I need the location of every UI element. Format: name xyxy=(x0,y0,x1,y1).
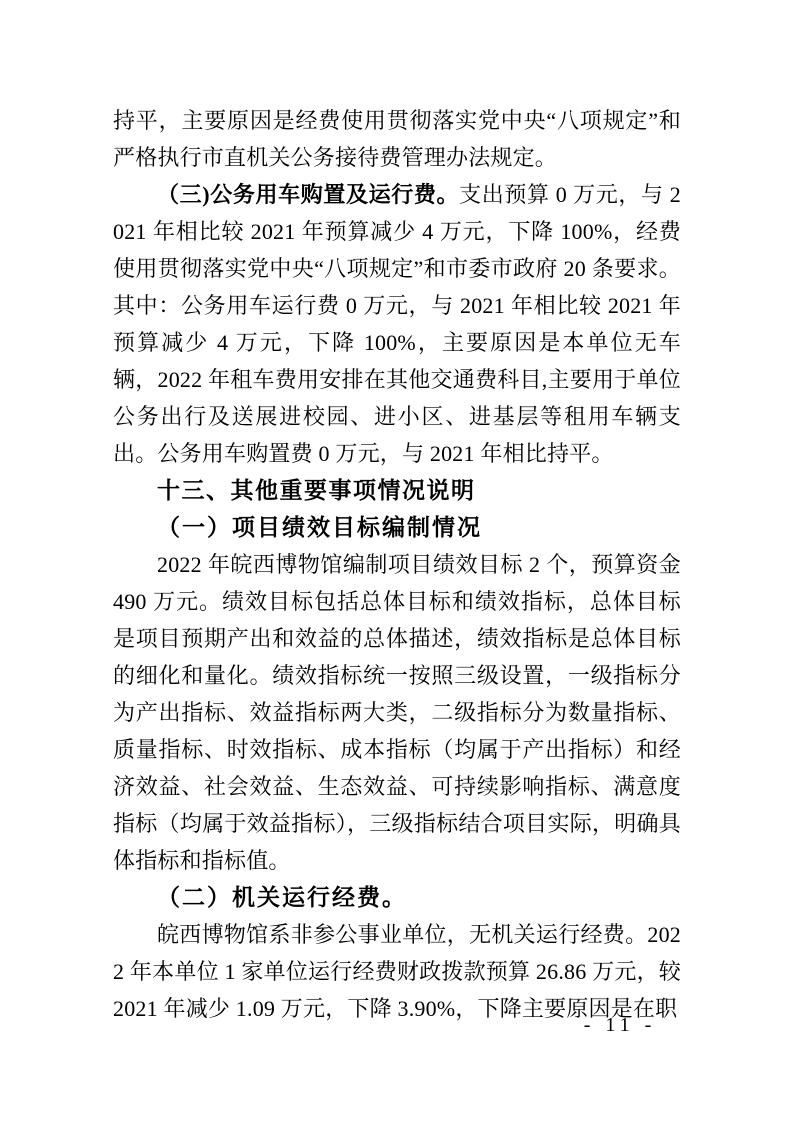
para-official-vehicle: （三)公务用车购置及运行费。支出预算 0 万元，与 2021 年相比较 2021… xyxy=(113,176,681,472)
body-text-segment: 支出预算 0 万元，与 2021 年相比较 2021 年预算减少 4 万元，下降… xyxy=(113,182,681,466)
para-operating-funds: 皖西博物馆系非参公事业单位，无机关运行经费。2022 年本单位 1 家单位运行经… xyxy=(113,916,681,1027)
body-text-segment: 持平，主要原因是经费使用贯彻落实党中央“八项规定”和严格执行市直机关公务接待费管… xyxy=(113,108,681,170)
body-text-segment: 2022 年皖西博物馆编制项目绩效目标 2 个，预算资金 490 万元。绩效目标… xyxy=(113,552,681,873)
para-carryover: 持平，主要原因是经费使用贯彻落实党中央“八项规定”和严格执行市直机关公务接待费管… xyxy=(113,102,681,176)
document-page: 持平，主要原因是经费使用贯彻落实党中央“八项规定”和严格执行市直机关公务接待费管… xyxy=(0,0,793,1122)
page-number: - 11 - xyxy=(540,1014,700,1037)
bold-text-segment: （一）项目绩效目标编制情况 xyxy=(157,515,482,540)
body-text-segment: 皖西博物馆系非参公事业单位，无机关运行经费。2022 年本单位 1 家单位运行经… xyxy=(113,922,681,1021)
para-performance-targets: 2022 年皖西博物馆编制项目绩效目标 2 个，预算资金 490 万元。绩效目标… xyxy=(113,546,681,879)
bold-text-segment: （二）机关运行经费。 xyxy=(157,885,407,910)
heading-13-1: （一）项目绩效目标编制情况 xyxy=(113,509,681,546)
heading-section-13: 十三、其他重要事项情况说明 xyxy=(113,472,681,509)
document-body: 持平，主要原因是经费使用贯彻落实党中央“八项规定”和严格执行市直机关公务接待费管… xyxy=(113,102,681,1027)
bold-text-segment: 十三、其他重要事项情况说明 xyxy=(157,477,476,503)
heading-13-2: （二）机关运行经费。 xyxy=(113,879,681,916)
bold-text-segment: （三)公务用车购置及运行费。 xyxy=(157,182,459,207)
